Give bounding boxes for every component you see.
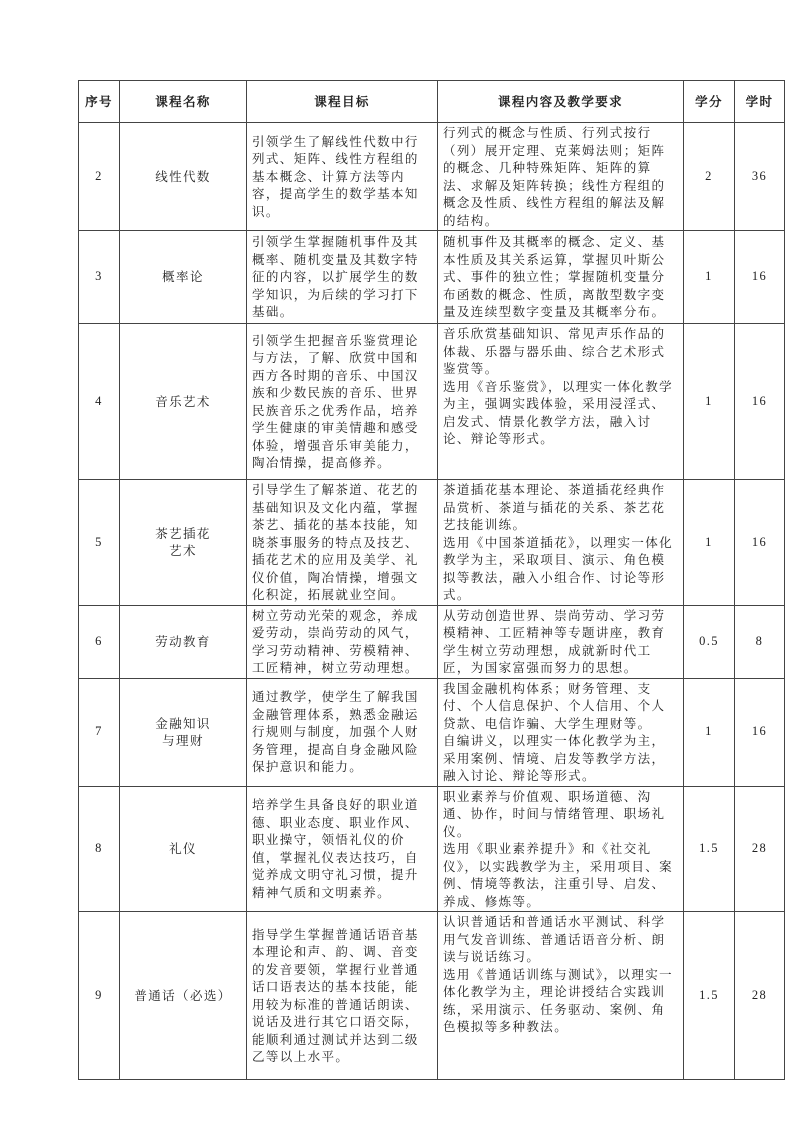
row-no: 4	[79, 324, 120, 480]
course-credit: 2	[684, 123, 735, 231]
header-hours: 学时	[735, 81, 785, 123]
course-goal: 引导学生了解茶道、花艺的基础知识及文化内蕴，掌握茶艺、插花的基本技能，知晓茶事服…	[247, 480, 438, 606]
course-goal: 引领学生掌握随机事件及其概率、随机变量及其数字特征的内容，以扩展学生的数学知识，…	[247, 231, 438, 324]
content-paragraph: 认识普通话和普通话水平测试、科学用气发音训练、普通话语音分析、朗读与说话练习。	[443, 913, 678, 966]
content-paragraph: 职业素养与价值观、职场道德、沟通、协作，时间与情绪管理、职场礼仪。	[443, 788, 678, 841]
row-no: 7	[79, 678, 120, 786]
header-content: 课程内容及教学要求	[438, 81, 684, 123]
content-paragraph: 从劳动创造世界、崇尚劳动、学习劳模精神、工匠精神等专题讲座，教育学生树立劳动理想…	[443, 607, 678, 677]
header-name: 课程名称	[120, 81, 247, 123]
course-credit: 1	[684, 231, 735, 324]
content-paragraph: 选用《中国茶道插花》，以理实一体化教学为主，采取项目、演示、角色模拟等教法，融入…	[443, 534, 678, 604]
row-no: 2	[79, 123, 120, 231]
course-goal: 通过教学，使学生了解我国金融管理体系，熟悉金融运行规则与制度，加强个人财务管理，…	[247, 678, 438, 786]
table-row: 2 线性代数 引领学生了解线性代数中行列式、矩阵、线性方程组的基本概念、计算方法…	[79, 123, 785, 231]
course-table: 序号 课程名称 课程目标 课程内容及教学要求 学分 学时 2 线性代数 引领学生…	[78, 80, 785, 1080]
course-credit: 1.5	[684, 786, 735, 912]
table-row: 3 概率论 引领学生掌握随机事件及其概率、随机变量及其数字特征的内容，以扩展学生…	[79, 231, 785, 324]
course-name-line: 与理财	[125, 732, 241, 750]
table-row: 8 礼仪 培养学生具备良好的职业道德、职业态度、职业作风、职业操守，领悟礼仪的价…	[79, 786, 785, 912]
row-no: 9	[79, 912, 120, 1080]
table-row: 7 金融知识 与理财 通过教学，使学生了解我国金融管理体系，熟悉金融运行规则与制…	[79, 678, 785, 786]
course-content: 茶道插花基本理论、茶道插花经典作品赏析、茶道与插花的关系、茶艺花艺技能训练。 选…	[438, 480, 684, 606]
course-name-line: 艺术	[125, 542, 241, 560]
course-content: 我国金融机构体系；财务管理、支付、个人信息保护、个人信用、个人贷款、电信诈骗、大…	[438, 678, 684, 786]
header-no: 序号	[79, 81, 120, 123]
content-paragraph: 行列式的概念与性质、行列式按行（列）展开定理、克莱姆法则；矩阵的概念、几种特殊矩…	[443, 124, 678, 229]
course-goal: 引领学生了解线性代数中行列式、矩阵、线性方程组的基本概念、计算方法等内容，提高学…	[247, 123, 438, 231]
table-row: 6 劳动教育 树立劳动光荣的观念，养成爱劳动，崇尚劳动的风气，学习劳动精神、劳模…	[79, 605, 785, 678]
row-no: 5	[79, 480, 120, 606]
course-goal: 树立劳动光荣的观念，养成爱劳动，崇尚劳动的风气，学习劳动精神、劳模精神、工匠精神…	[247, 605, 438, 678]
header-credit: 学分	[684, 81, 735, 123]
header-goal: 课程目标	[247, 81, 438, 123]
content-paragraph: 选用《普通话训练与测试》，以理实一体化教学为主，理论讲授结合实践训练，采用演示、…	[443, 966, 678, 1036]
row-no: 8	[79, 786, 120, 912]
content-paragraph: 音乐欣赏基础知识、常见声乐作品的体裁、乐器与器乐曲、综合艺术形式鉴赏等。	[443, 325, 678, 378]
row-no: 6	[79, 605, 120, 678]
course-name: 劳动教育	[120, 605, 247, 678]
course-name: 茶艺插花 艺术	[120, 480, 247, 606]
content-paragraph: 选用《职业素养提升》和《社交礼仪》，以实践教学为主，采用项目、案例、情境等教法，…	[443, 840, 678, 910]
course-hours: 28	[735, 912, 785, 1080]
course-content: 音乐欣赏基础知识、常见声乐作品的体裁、乐器与器乐曲、综合艺术形式鉴赏等。 选用《…	[438, 324, 684, 480]
table-row: 9 普通话（必选） 指导学生掌握普通话语音基本理论和声、韵、调、音变的发音要领，…	[79, 912, 785, 1080]
course-name-line: 金融知识	[125, 715, 241, 733]
course-content: 职业素养与价值观、职场道德、沟通、协作，时间与情绪管理、职场礼仪。 选用《职业素…	[438, 786, 684, 912]
table-row: 5 茶艺插花 艺术 引导学生了解茶道、花艺的基础知识及文化内蕴，掌握茶艺、插花的…	[79, 480, 785, 606]
course-hours: 16	[735, 324, 785, 480]
course-hours: 16	[735, 480, 785, 606]
content-paragraph: 我国金融机构体系；财务管理、支付、个人信息保护、个人信用、个人贷款、电信诈骗、大…	[443, 680, 678, 733]
course-hours: 16	[735, 678, 785, 786]
course-name: 金融知识 与理财	[120, 678, 247, 786]
content-paragraph: 自编讲义，以理实一体化教学为主，采用案例、情境、启发等教学方法，融入讨论、辩论等…	[443, 732, 678, 785]
course-hours: 8	[735, 605, 785, 678]
course-content: 行列式的概念与性质、行列式按行（列）展开定理、克莱姆法则；矩阵的概念、几种特殊矩…	[438, 123, 684, 231]
content-paragraph: 选用《音乐鉴赏》，以理实一体化教学为主，强调实践体验，采用浸淫式、启发式、情景化…	[443, 378, 678, 448]
course-goal: 指导学生掌握普通话语音基本理论和声、韵、调、音变的发音要领，掌握行业普通话口语表…	[247, 912, 438, 1080]
course-name: 概率论	[120, 231, 247, 324]
course-name: 普通话（必选）	[120, 912, 247, 1080]
course-goal: 引领学生把握音乐鉴赏理论与方法，了解、欣赏中国和西方各时期的音乐、中国汉族和少数…	[247, 324, 438, 480]
course-hours: 28	[735, 786, 785, 912]
course-credit: 1.5	[684, 912, 735, 1080]
course-goal: 培养学生具备良好的职业道德、职业态度、职业作风、职业操守，领悟礼仪的价值，掌握礼…	[247, 786, 438, 912]
table-row: 4 音乐艺术 引领学生把握音乐鉴赏理论与方法，了解、欣赏中国和西方各时期的音乐、…	[79, 324, 785, 480]
row-no: 3	[79, 231, 120, 324]
course-hours: 36	[735, 123, 785, 231]
content-paragraph: 茶道插花基本理论、茶道插花经典作品赏析、茶道与插花的关系、茶艺花艺技能训练。	[443, 481, 678, 534]
course-hours: 16	[735, 231, 785, 324]
course-content: 随机事件及其概率的概念、定义、基本性质及其关系运算，掌握贝叶斯公式、事件的独立性…	[438, 231, 684, 324]
course-name: 线性代数	[120, 123, 247, 231]
course-name-line: 茶艺插花	[125, 525, 241, 543]
content-paragraph: 随机事件及其概率的概念、定义、基本性质及其关系运算，掌握贝叶斯公式、事件的独立性…	[443, 233, 678, 321]
course-credit: 1	[684, 480, 735, 606]
header-row: 序号 课程名称 课程目标 课程内容及教学要求 学分 学时	[79, 81, 785, 123]
course-name: 音乐艺术	[120, 324, 247, 480]
course-content: 认识普通话和普通话水平测试、科学用气发音训练、普通话语音分析、朗读与说话练习。 …	[438, 912, 684, 1080]
course-credit: 1	[684, 678, 735, 786]
course-credit: 1	[684, 324, 735, 480]
course-name: 礼仪	[120, 786, 247, 912]
course-content: 从劳动创造世界、崇尚劳动、学习劳模精神、工匠精神等专题讲座，教育学生树立劳动理想…	[438, 605, 684, 678]
course-credit: 0.5	[684, 605, 735, 678]
